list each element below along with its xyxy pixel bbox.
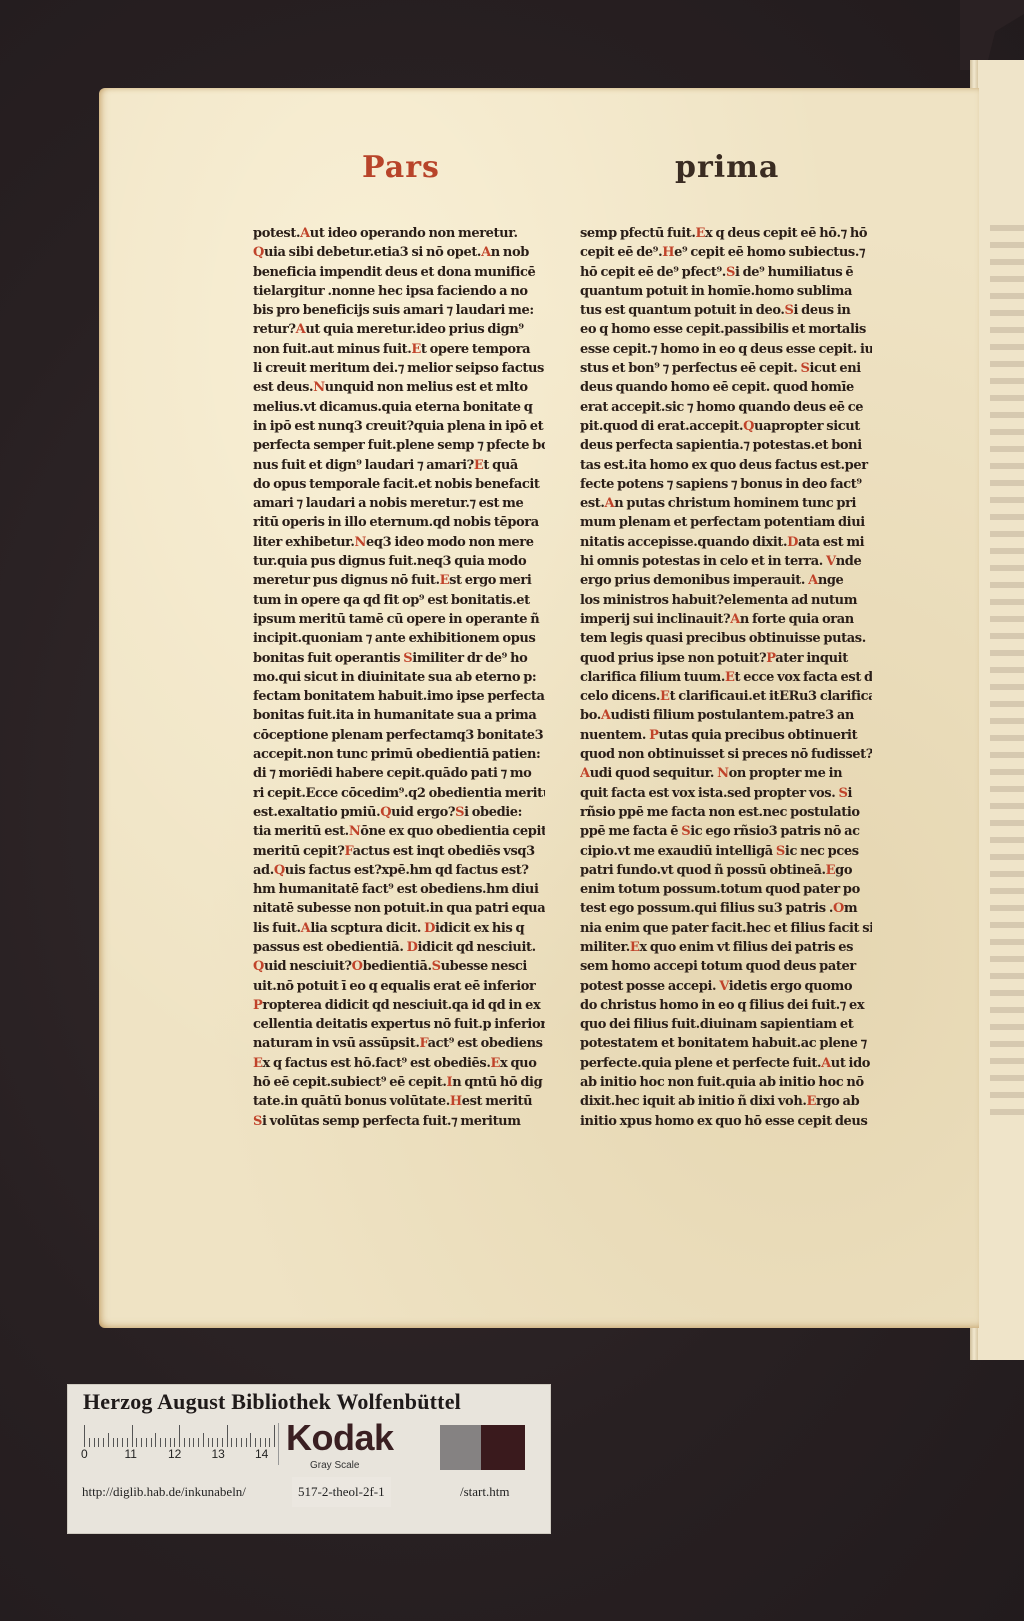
ruler-label: 14 (255, 1447, 268, 1461)
rubricated-initial: Q (253, 959, 264, 974)
rubricated-initial: V (719, 979, 728, 994)
text-line: nus fuit et dign⁹ laudari ⁊ amari?Et quā (253, 456, 545, 475)
rubricated-initial: S (253, 1114, 262, 1129)
text-line: Propterea didicit qd nesciuit.qa id qd i… (253, 996, 545, 1015)
text-line: tus est quantum potuit in deo.Si deus in (580, 301, 872, 320)
rubricated-initial: H (662, 245, 674, 260)
rubricated-initial: E (490, 1056, 500, 1071)
text-line: do christus homo in eo q filius dei fuit… (580, 996, 872, 1015)
rubricated-initial: S (455, 805, 464, 820)
rubricated-initial: E (725, 670, 735, 685)
text-line: est.An putas christum hominem tunc pri (580, 494, 872, 513)
rubricated-initial: D (407, 940, 418, 955)
rubricated-initial: P (649, 728, 658, 743)
text-line: hm humanitatē fact⁹ est obediens.hm diui (253, 880, 545, 899)
text-line: nitatē subesse non potuit.in qua patri e… (253, 899, 545, 918)
text-line: perfecta semper fuit.plene semp ⁊ pfecte… (253, 436, 545, 455)
text-line: naturam in vsū assūpsit.Fact⁹ est obedie… (253, 1034, 545, 1053)
text-line: bo.Audisti filium postulantem.patre3 an (580, 706, 872, 725)
ruler-tick (265, 1438, 266, 1447)
ruler-tick (165, 1438, 166, 1447)
text-line: fecte potens ⁊ sapiens ⁊ bonus in deo fa… (580, 475, 872, 494)
gray-swatch-light (396, 1425, 436, 1470)
text-line: Audi quod sequitur. Non propter me in (580, 764, 872, 783)
text-line: los ministros habuit?elementa ad nutum (580, 591, 872, 610)
text-line: liter exhibetur.Neq3 ideo modo non mere (253, 533, 545, 552)
rubricated-initial: P (766, 651, 775, 666)
facing-page-edge (978, 60, 1024, 1360)
ruler-tick (141, 1438, 142, 1447)
ruler-tick (155, 1433, 156, 1447)
rubricated-initial: E (660, 689, 670, 704)
ruler-tick (98, 1438, 99, 1447)
rubricated-initial: S (785, 303, 794, 318)
text-line: clarifica filium tuum.Et ecce vox facta … (580, 668, 872, 687)
rubricated-initial: S (838, 786, 847, 801)
rubricated-initial: A (601, 708, 611, 723)
gray-scale-label: Gray Scale (310, 1460, 359, 1471)
rubricated-initial: E (826, 863, 836, 878)
text-line: amari ⁊ laudari a nobis meretur.⁊ est me (253, 494, 545, 513)
text-line: tem legis quasi precibus obtinuisse puta… (580, 629, 872, 648)
rubricated-initial: S (726, 265, 735, 280)
text-line: sem homo accepi totum quod deus pater (580, 957, 872, 976)
rubricated-initial: A (605, 496, 615, 511)
text-line: lis fuit.Alia scptura dicit. Didicit ex … (253, 919, 545, 938)
rubricated-initial: Q (743, 419, 754, 434)
ruler-tick (198, 1438, 199, 1447)
shelfmark: 517-2-theol-2f-1 (292, 1477, 391, 1507)
rubricated-initial: O (833, 901, 844, 916)
ruler-tick (127, 1438, 128, 1447)
ruler-tick (246, 1438, 247, 1447)
text-line: non fuit.aut minus fuit.Et opere tempora (253, 340, 545, 359)
text-line: tielargitur .nonne hec ipsa faciendo a n… (253, 282, 545, 301)
text-line: dixit.hec iquit ab initio ñ dixi voh.Erg… (580, 1092, 872, 1111)
ruler-tick (274, 1425, 275, 1447)
text-line: quo dei filius fuit.diuinam sapientiam e… (580, 1015, 872, 1034)
ruler-tick (184, 1438, 185, 1447)
ruler-label: 12 (168, 1447, 181, 1461)
text-line: cipio.vt me exaudiū intelligā Sic nec pc… (580, 842, 872, 861)
text-line: enim totum possum.totum quod pater po (580, 880, 872, 899)
text-line: hō cepit eē de⁹ pfect⁹.Si de⁹ humiliatus… (580, 263, 872, 282)
ruler-tick (89, 1438, 90, 1447)
ruler-tick (174, 1438, 175, 1447)
text-line: potest.Aut ideo operando non meretur. (253, 224, 545, 243)
ruler-tick (136, 1438, 137, 1447)
text-line: eo q homo esse cepit.passibilis et morta… (580, 320, 872, 339)
text-line: nia enim que pater facit.hec et filius f… (580, 919, 872, 938)
rubricated-initial: E (474, 458, 484, 473)
text-line: tum in opere qa qd fit op⁹ est bonitatis… (253, 591, 545, 610)
ruler-tick (113, 1438, 114, 1447)
url-prefix: http://diglib.hab.de/inkunabeln/ (82, 1477, 246, 1507)
rubricated-initial: S (432, 959, 441, 974)
text-line: initio xpus homo ex quo hō esse cepit de… (580, 1112, 872, 1131)
text-line: Quid nesciuit?Obedientiā.Subesse nesci (253, 957, 545, 976)
text-line: hō eē cepit.subiect⁹ eē cepit.In qntū hō… (253, 1073, 545, 1092)
rubricated-initial: E (440, 573, 450, 588)
rubricated-initial: S (403, 651, 412, 666)
text-line: quod non obtinuisset si preces nō fudiss… (580, 745, 872, 764)
ruler-tick (227, 1425, 228, 1447)
text-line: est deus.Nunquid non melius est et mlto (253, 378, 545, 397)
text-line: accepit.non tunc primū obedientiā patien… (253, 745, 545, 764)
rubricated-initial: P (253, 998, 262, 1013)
ruler-tick (108, 1433, 109, 1447)
text-line: pit.quod di erat.accepit.Quapropter sicu… (580, 417, 872, 436)
ruler-tick (269, 1438, 270, 1447)
rubricated-initial: N (717, 766, 728, 781)
ruler-tick (231, 1438, 232, 1447)
text-line: ri cepit.Ecce cōcedim⁹.q2 obedientia mer… (253, 784, 545, 803)
rubricated-initial: E (696, 226, 706, 241)
text-line: ergo prius demonibus imperauit. Ange (580, 571, 872, 590)
rubricated-initial: E (411, 342, 421, 357)
text-line: bonitas fuit.ita in humanitate sua a pri… (253, 706, 545, 725)
ruler-tick (203, 1433, 204, 1447)
rubricated-initial: A (301, 921, 311, 936)
text-line: uit.nō potuit ī eo q equalis erat eē inf… (253, 977, 545, 996)
rubricated-initial: Q (274, 863, 285, 878)
ruler-label: 13 (212, 1447, 225, 1461)
text-line: quit facta est vox ista.sed propter vos.… (580, 784, 872, 803)
rubricated-initial: S (800, 361, 809, 376)
gray-swatch-dark (481, 1425, 525, 1470)
rubricated-initial: S (776, 844, 785, 859)
text-line: quantum potuit in homīe.homo sublima (580, 282, 872, 301)
rubricated-initial: A (481, 245, 491, 260)
rubricated-initial: N (313, 380, 324, 395)
running-head-left-text: Pars (362, 150, 440, 185)
text-line: tas est.ita homo ex quo deus factus est.… (580, 456, 872, 475)
ruler-tick (193, 1438, 194, 1447)
text-line: potestatem et bonitatem habuit.ac plene … (580, 1034, 872, 1053)
ruler-tick (241, 1438, 242, 1447)
text-line: mum plenam et perfectam potentiam diui (580, 513, 872, 532)
text-line: Quia sibi debetur.etia3 si nō opet.An no… (253, 243, 545, 262)
text-line: est.exaltatio pmiū.Quid ergo?Si obedie: (253, 803, 545, 822)
rubricated-initial: A (821, 1056, 831, 1071)
text-line: quod prius ipse non potuit?Pater inquit (580, 649, 872, 668)
text-line: hi omnis potestas in celo et in terra. V… (580, 552, 872, 571)
text-line: ab initio hoc non fuit.quia ab initio ho… (580, 1073, 872, 1092)
ruler-tick (236, 1438, 237, 1447)
text-line: imperij sui inclinauit?An forte quia ora… (580, 610, 872, 629)
text-column-right: semp pfectū fuit.Ex q deus cepit eē hō.⁊… (580, 224, 872, 1131)
scale-ruler: 011121314 (82, 1423, 279, 1465)
rubricated-initial: E (630, 940, 640, 955)
rubricated-initial: E (253, 1056, 263, 1071)
text-line: perfecte.quia plene et perfecte fuit.Aut… (580, 1054, 872, 1073)
ruler-tick (146, 1438, 147, 1447)
text-line: potest posse accepi. Videtis ergo quomo (580, 977, 872, 996)
text-line: Si volūtas semp perfecta fuit.⁊ meritum (253, 1112, 545, 1131)
rubricated-initial: Q (380, 805, 391, 820)
rubricated-initial: A (730, 612, 740, 627)
rubricated-initial: D (787, 535, 798, 550)
text-line: test ego possum.qui filius su3 patris .O… (580, 899, 872, 918)
ruler-tick (117, 1438, 118, 1447)
rubricated-initial: H (450, 1094, 462, 1109)
ruler-tick (250, 1433, 251, 1447)
text-line: li creuit meritum dei.⁊ melior seipso fa… (253, 359, 545, 378)
text-line: incipit.quoniam ⁊ ante exhibitionem opus (253, 629, 545, 648)
text-line: passus est obedientiā. Didicit qd nesciu… (253, 938, 545, 957)
text-line: meritū cepit?Factus est inqt obediēs vsq… (253, 842, 545, 861)
ruler-tick (212, 1438, 213, 1447)
library-name: Herzog August Bibliothek Wolfenbüttel (83, 1389, 461, 1415)
text-line: tate.in quātū bonus volūtate.Hest meritū (253, 1092, 545, 1111)
rubricated-initial: I (447, 1075, 453, 1090)
text-line: cōceptione plenam perfectamq3 bonitate3 (253, 726, 545, 745)
ruler-tick (255, 1438, 256, 1447)
ruler-tick (260, 1438, 261, 1447)
text-line: retur?Aut quia meretur.ideo prius dign⁹ (253, 320, 545, 339)
text-line: Ex q factus est hō.fact⁹ est obediēs.Ex … (253, 1054, 545, 1073)
text-line: nuentem. Putas quia precibus obtinuerit (580, 726, 872, 745)
text-line: erat accepit.sic ⁊ homo quando deus eē c… (580, 398, 872, 417)
ruler-tick (189, 1438, 190, 1447)
rubricated-initial: S (681, 824, 690, 839)
ruler-tick (160, 1438, 161, 1447)
rubricated-initial: V (826, 554, 836, 569)
ruler-tick (217, 1438, 218, 1447)
text-line: mo.qui sicut in diuinitate sua ab eterno… (253, 668, 545, 687)
source-url: http://diglib.hab.de/inkunabeln/ 517-2-t… (68, 1477, 550, 1507)
text-line: bis pro beneficijs suis amari ⁊ laudari … (253, 301, 545, 320)
text-line: celo dicens.Et clarificaui.et itERu3 cla… (580, 687, 872, 706)
text-line: meretur pus dignus nō fuit.Est ergo meri (253, 571, 545, 590)
ruler-tick (103, 1438, 104, 1447)
text-line: fectam bonitatem habuit.imo ipse perfect… (253, 687, 545, 706)
ruler-tick (222, 1438, 223, 1447)
ruler-tick (179, 1425, 180, 1447)
rubricated-initial: E (807, 1094, 817, 1109)
text-line: ipsum meritū tamē cū opere in operante ñ (253, 610, 545, 629)
rubricated-initial: Q (253, 245, 264, 260)
rubricated-initial: A (580, 766, 590, 781)
text-line: nitatis accepisse.quando dixit.Data est … (580, 533, 872, 552)
rubricated-initial: A (300, 226, 310, 241)
text-line: beneficia impendit deus et dona munificē (253, 263, 545, 282)
text-line: tia meritū est.Nōne ex quo obedientia ce… (253, 822, 545, 841)
color-target-card: Herzog August Bibliothek Wolfenbüttel 01… (67, 1384, 551, 1534)
rubricated-initial: N (349, 824, 360, 839)
ruler-tick (170, 1438, 171, 1447)
rubricated-initial: O (352, 959, 363, 974)
text-line: ad.Quis factus est?xpē.hm qd factus est? (253, 861, 545, 880)
rubricated-initial: D (424, 921, 435, 936)
running-head-right: prima (675, 150, 779, 185)
rubricated-initial: A (296, 322, 306, 337)
ruler-tick (208, 1438, 209, 1447)
text-line: semp pfectū fuit.Ex q deus cepit eē hō.⁊… (580, 224, 872, 243)
text-line: militer.Ex quo enim vt filius dei patris… (580, 938, 872, 957)
text-line: in ipō est nunq3 creuit?quia plena in ip… (253, 417, 545, 436)
ruler-tick (122, 1438, 123, 1447)
facing-page-text-ghost (990, 225, 1024, 1125)
text-line: patri fundo.vt quod ñ possū obtineā.Ego (580, 861, 872, 880)
text-line: tur.quia pus dignus fuit.neq3 quia modo (253, 552, 545, 571)
text-line: bonitas fuit operantis Similiter dr de⁹ … (253, 649, 545, 668)
text-line: deus perfecta sapientia.⁊ potestas.et bo… (580, 436, 872, 455)
text-line: do opus temporale facit.et nobis benefac… (253, 475, 545, 494)
text-line: esse cepit.⁊ homo in eo q deus esse cepi… (580, 340, 872, 359)
text-line: deus quando homo eē cepit. quod homīe (580, 378, 872, 397)
ruler-tick (94, 1438, 95, 1447)
kodak-logo: Kodak (286, 1417, 394, 1459)
text-line: cellentia deitatis expertus nō fuit.p in… (253, 1015, 545, 1034)
text-line: ritū operis in illo eternum.qd nobis tēp… (253, 513, 545, 532)
ruler-tick (132, 1425, 133, 1447)
ruler-tick (151, 1438, 152, 1447)
text-column-left: potest.Aut ideo operando non meretur.Qui… (253, 224, 545, 1131)
ruler-label: 0 (81, 1447, 88, 1461)
text-line: rñsio ppē me facta non est.nec postulati… (580, 803, 872, 822)
text-line: ppē me facta ē Sic ego rñsio3 patris nō … (580, 822, 872, 841)
ruler-tick (84, 1425, 85, 1447)
url-suffix: /start.htm (460, 1477, 509, 1507)
gray-swatch-mid (440, 1425, 481, 1470)
ruler-label: 11 (125, 1447, 137, 1461)
running-head-left: Pars (362, 150, 440, 185)
running-head-right-text: prima (675, 150, 779, 185)
rubricated-initial: F (344, 844, 352, 859)
rubricated-initial: N (355, 535, 366, 550)
rubricated-initial: A (808, 573, 818, 588)
text-line: melius.vt dicamus.quia eterna bonitate q (253, 398, 545, 417)
rubricated-initial: F (419, 1036, 427, 1051)
text-line: cepit eē de⁹.He⁹ cepit eē homo subiectus… (580, 243, 872, 262)
text-line: stus et bon⁹ ⁊ perfectus eē cepit. Sicut… (580, 359, 872, 378)
text-line: di ⁊ moriēdi habere cepit.quādo pati ⁊ m… (253, 764, 545, 783)
